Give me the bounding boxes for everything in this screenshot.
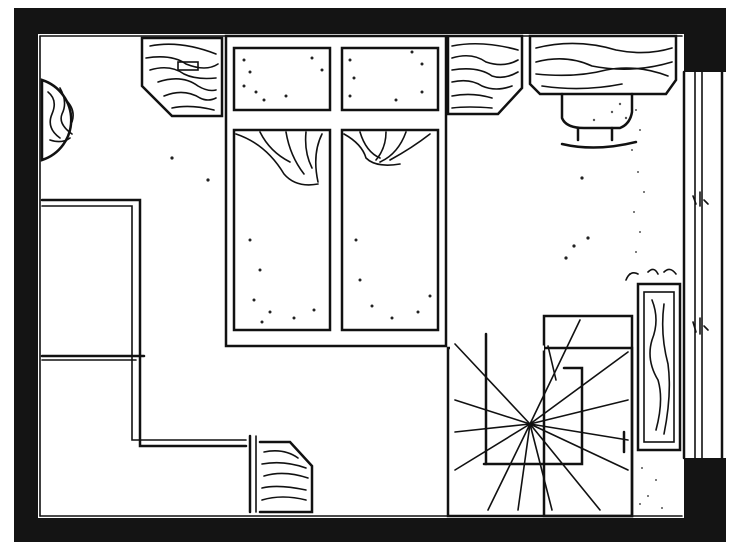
left-nightstand bbox=[142, 38, 222, 116]
right-nightstand bbox=[448, 36, 522, 114]
stipple-band bbox=[170, 109, 663, 509]
bed bbox=[226, 36, 446, 346]
round-side-table bbox=[42, 80, 73, 160]
floor-plan bbox=[0, 0, 737, 550]
low-cabinet bbox=[250, 436, 312, 512]
spiral-staircase bbox=[448, 316, 632, 516]
wardrobe-closet bbox=[42, 200, 246, 446]
bed-stipple bbox=[243, 51, 432, 324]
planter-box bbox=[626, 269, 680, 450]
desk-with-chair bbox=[530, 36, 676, 148]
outer-wall bbox=[14, 8, 726, 542]
window-wall bbox=[684, 72, 722, 458]
